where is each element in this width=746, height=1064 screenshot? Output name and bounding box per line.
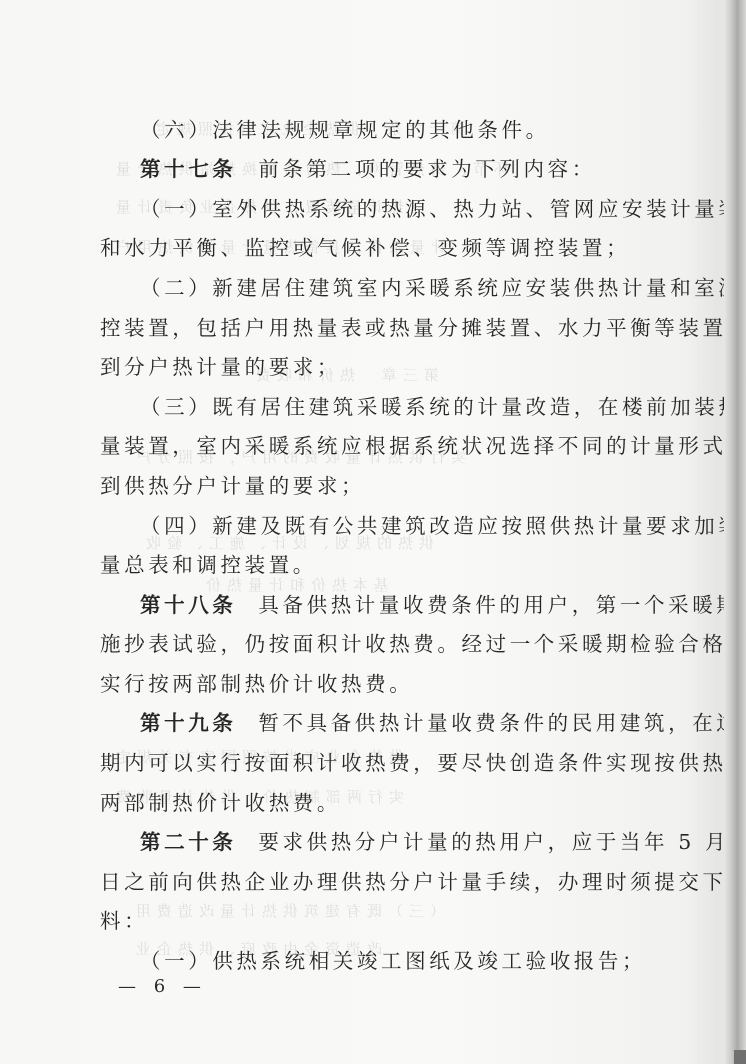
line-text: 量装置，室内采暖系统应根据系统状况选择不同的计量形式，达 [100, 434, 746, 458]
text-line: 期内可以实行按面积计收热费，要尽快创造条件实现按供热计量 [100, 753, 746, 774]
line-text: 料： [100, 909, 148, 933]
line-text: 到分户热计量的要求； [100, 355, 341, 379]
binding-shadow [724, 0, 746, 1064]
line-text: （二）新建居住建筑室内采暖系统应安装供热计量和室温调 [140, 276, 746, 300]
page-number: — 6 — [118, 976, 207, 997]
line-text: （三）既有居住建筑采暖系统的计量改造，在楼前加装热计 [140, 395, 746, 419]
bleed-through-text: （三）既有建筑供热计量改造费用 [130, 900, 445, 921]
text-line: 量装置，室内采暖系统应根据系统状况选择不同的计量形式，达 [100, 436, 746, 457]
article-heading: 第十九条 [140, 711, 236, 735]
text-line: （四）新建及既有公共建筑改造应按照供热计量要求加装热 [140, 516, 746, 537]
line-text: 暂不具备供热计量收费条件的民用建筑，在过渡 [258, 711, 746, 735]
text-line: 实行按两部制热价计收热费。 [100, 674, 413, 695]
line-text: 期内可以实行按面积计收热费，要尽快创造条件实现按供热计量 [100, 751, 746, 775]
text-line: 控装置，包括户用热量表或热量分摊装置、水力平衡等装置，达 [100, 318, 746, 339]
article-20-line: 第二十条要求供热分户计量的热用户，应于当年 5 月 15 [140, 832, 746, 853]
line-text: 要求供热分户计量的热用户，应于当年 5 月 15 [258, 830, 746, 854]
article-18-line: 第十八条具备供热计量收费条件的用户，第一个采暖期实 [140, 595, 746, 616]
text-line: 到供热分户计量的要求； [100, 476, 365, 497]
scan-corner-mark [734, 1050, 746, 1064]
line-text: （一）供热系统相关竣工图纸及竣工验收报告； [140, 949, 646, 973]
line-text: 具备供热计量收费条件的用户，第一个采暖期实 [258, 593, 746, 617]
line-text: （一）室外供热系统的热源、热力站、管网应安装计量装置 [140, 197, 746, 221]
line-text: 量总表和调控装置。 [100, 553, 317, 577]
document-page: 第十六条 供热企业应当按照规定 环节，供热管网，热力站和换热站供热计量 热计量装… [0, 0, 746, 1064]
text-line: 和水力平衡、监控或气候补偿、变频等调控装置； [100, 238, 630, 259]
text-line: 两部制热价计收热费。 [100, 793, 341, 814]
text-line: （三）既有居住建筑采暖系统的计量改造，在楼前加装热计 [140, 397, 746, 418]
bleed-through-text: 基本热价和计量热价 [200, 574, 389, 595]
text-line: 量总表和调控装置。 [100, 555, 317, 576]
text-line: （一）供热系统相关竣工图纸及竣工验收报告； [140, 951, 646, 972]
text-line: （二）新建居住建筑室内采暖系统应安装供热计量和室温调 [140, 278, 746, 299]
line-text: 实行按两部制热价计收热费。 [100, 672, 413, 696]
line-text: 控装置，包括户用热量表或热量分摊装置、水力平衡等装置，达 [100, 316, 746, 340]
article-heading: 第十七条 [140, 157, 236, 181]
article-heading: 第十八条 [140, 593, 236, 617]
text-line: 日之前向供热企业办理供热分户计量手续，办理时须提交下列资 [100, 872, 746, 893]
line-text: 和水力平衡、监控或气候补偿、变频等调控装置； [100, 236, 630, 260]
article-19-line: 第十九条暂不具备供热计量收费条件的民用建筑，在过渡 [140, 713, 746, 734]
text-line: 料： [100, 911, 148, 932]
line-text: 前条第二项的要求为下列内容： [258, 157, 595, 181]
line-text: 两部制热价计收热费。 [100, 791, 341, 815]
text-line: 到分户热计量的要求； [100, 357, 341, 378]
line-text: （四）新建及既有公共建筑改造应按照供热计量要求加装热 [140, 514, 746, 538]
line-text: 到供热分户计量的要求； [100, 474, 365, 498]
text-line: （一）室外供热系统的热源、热力站、管网应安装计量装置 [140, 199, 746, 220]
line-text: （六）法律法规规章规定的其他条件。 [140, 118, 550, 142]
line-text: 日之前向供热企业办理供热分户计量手续，办理时须提交下列资 [100, 870, 746, 894]
article-17-line: 第十七条前条第二项的要求为下列内容： [140, 159, 596, 180]
text-line: 施抄表试验，仍按面积计收热费。经过一个采暖期检验合格后， [100, 634, 746, 655]
article-heading: 第二十条 [140, 830, 236, 854]
text-line: （六）法律法规规章规定的其他条件。 [140, 120, 550, 141]
line-text: 施抄表试验，仍按面积计收热费。经过一个采暖期检验合格后， [100, 632, 746, 656]
